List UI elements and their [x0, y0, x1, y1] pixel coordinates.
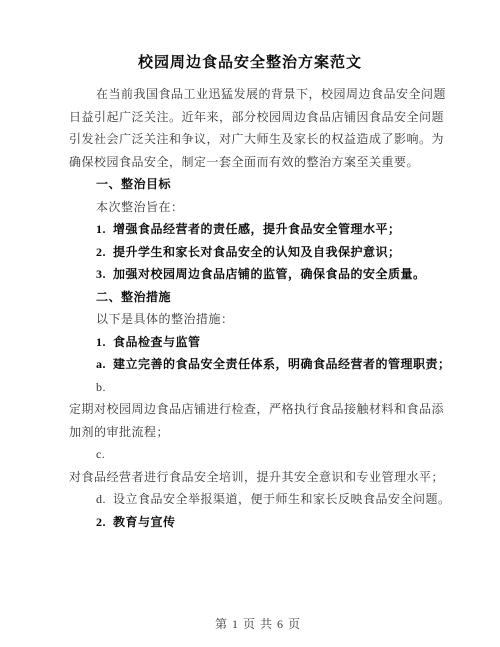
page-footer: 第 1 页 共 6 页 [0, 600, 500, 647]
text-line: 本次整治旨在： [69, 196, 432, 219]
document-body: 在当前我国食品工业迅猛发展的背景下，校园周边食品安全问题日益引起广泛关注。近年来… [0, 83, 432, 533]
text-line: 定期对校园周边食品店铺进行检查，严格执行食品接触材料和食品添 [69, 398, 432, 421]
text-line: 引发社会广泛关注和争议，对广大师生及家长的权益造成了影响。为 [69, 128, 432, 151]
text-line: 日益引起广泛关注。近年来，部分校园周边食品店铺因食品安全问题 [69, 106, 432, 129]
document-title: 校园周边食品安全整治方案范文 [0, 0, 500, 83]
text-line: a. 建立完善的食品安全责任体系，明确食品经营者的管理职责； [69, 353, 432, 376]
text-line: 2. 提升学生和家长对食品安全的认知及自我保护意识； [69, 241, 432, 264]
text-line: 3. 加强对校园周边食品店铺的监管，确保食品的安全质量。 [69, 263, 432, 286]
text-line: 对食品经营者进行食品安全培训，提升其安全意识和专业管理水平； [69, 466, 432, 489]
text-line: 确保校园食品安全，制定一套全面而有效的整治方案至关重要。 [69, 151, 432, 174]
text-line: 1. 食品检查与监管 [69, 331, 432, 354]
page-number-text: 第 1 页 共 6 页 [215, 617, 301, 631]
text-line: b. [69, 376, 432, 399]
text-line: 1. 增强食品经营者的责任感，提升食品安全管理水平； [69, 218, 432, 241]
document-page: 校园周边食品安全整治方案范文 在当前我国食品工业迅猛发展的背景下，校园周边食品安… [0, 0, 500, 647]
text-line: 以下是具体的整治措施： [69, 308, 432, 331]
text-line: 一、整治目标 [69, 173, 432, 196]
text-line: 加剂的审批流程； [69, 421, 432, 444]
text-line: 2. 教育与宣传 [69, 511, 432, 534]
text-line: c. [69, 443, 432, 466]
text-line: 在当前我国食品工业迅猛发展的背景下，校园周边食品安全问题 [69, 83, 432, 106]
text-line: d. 设立食品安全举报渠道，便于师生和家长反映食品安全问题。 [69, 488, 432, 511]
text-line: 二、整治措施 [69, 286, 432, 309]
